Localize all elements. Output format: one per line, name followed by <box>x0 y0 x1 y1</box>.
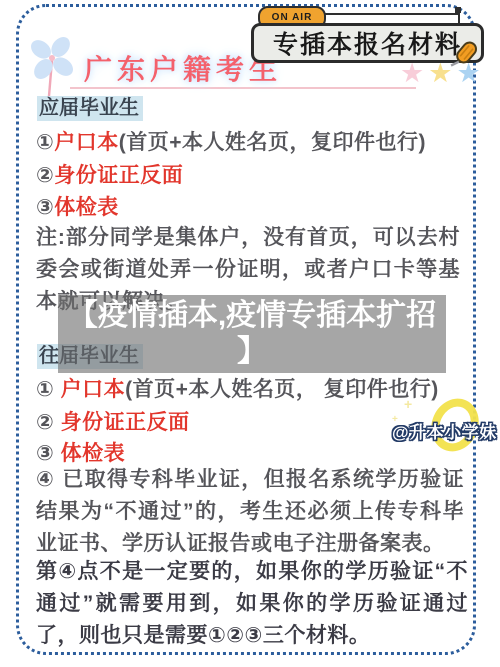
item-number: ③ <box>36 442 61 465</box>
banner-title: 专插本报名材料 <box>273 25 462 61</box>
antenna-line <box>322 13 460 15</box>
item-keyword: 身份证正反面 <box>61 411 190 434</box>
pencil-icon <box>441 36 485 76</box>
item-keyword: 体检表 <box>54 196 119 219</box>
watermark: + + @升本小学妹 <box>390 396 500 450</box>
overlay-caption-line1: 【疫情插本,疫情专插本扩招 <box>68 298 436 334</box>
overlay-caption-box: 【疫情插本,疫情专插本扩招 】 <box>58 295 446 373</box>
pinwheel-icon <box>24 34 80 100</box>
item-number: ③ <box>36 196 54 219</box>
sparkle-icon: + <box>404 396 412 412</box>
item-number: ① <box>36 131 54 154</box>
section-label-fresh-graduates: 应届毕业生 <box>37 96 143 121</box>
item-number: ② <box>36 411 61 434</box>
item-keyword: 户口本 <box>61 378 126 401</box>
footnote-paragraph: 第④点不是一定要的，如果你的学历验证“不通过”就需要用到，如果你的学历验证通过了… <box>36 556 468 652</box>
item-detail: (首页+本人姓名页，复印件也行) <box>119 131 426 154</box>
list-item: ①户口本(首页+本人姓名页，复印件也行) <box>36 126 476 156</box>
item-keyword: 身份证正反面 <box>54 164 183 187</box>
overlay-caption-line2: 】 <box>237 334 267 370</box>
on-air-label: ON AIR <box>272 12 313 23</box>
item4-paragraph: ④ 已取得专科毕业证，但报名系统学历验证结果为“不通过”的，考生还必须上传专科毕… <box>36 464 464 560</box>
item-keyword: 户口本 <box>54 131 119 154</box>
poster: ON AIR 专插本报名材料 广东户籍考生 ★★★ 应届毕业生 ①户口本(首页+… <box>0 0 500 667</box>
item-number: ② <box>36 164 54 187</box>
item-keyword: 体检表 <box>61 442 126 465</box>
watermark-text: @升本小学妹 <box>392 418 497 443</box>
list-item: ③体检表 <box>36 191 476 221</box>
item-number: ① <box>36 378 61 401</box>
list-item: ②身份证正反面 <box>36 159 476 189</box>
antenna-dot <box>455 7 461 13</box>
